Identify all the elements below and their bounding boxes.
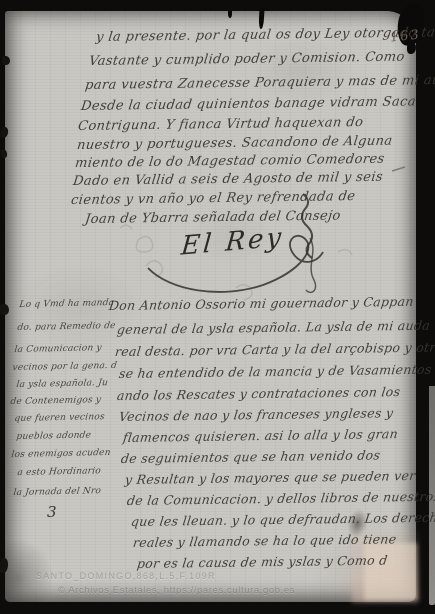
top-edge-mark — [228, 10, 232, 18]
binding-stitch — [2, 56, 10, 65]
paper-stain — [364, 543, 417, 600]
scanned-manuscript: { "document": { "folio_number": "163", "… — [0, 0, 435, 614]
next-page-edge — [429, 386, 435, 605]
margin-numeral: 3 — [47, 503, 57, 521]
binding-stitch — [0, 304, 9, 315]
folio-number: 163 — [389, 27, 421, 45]
